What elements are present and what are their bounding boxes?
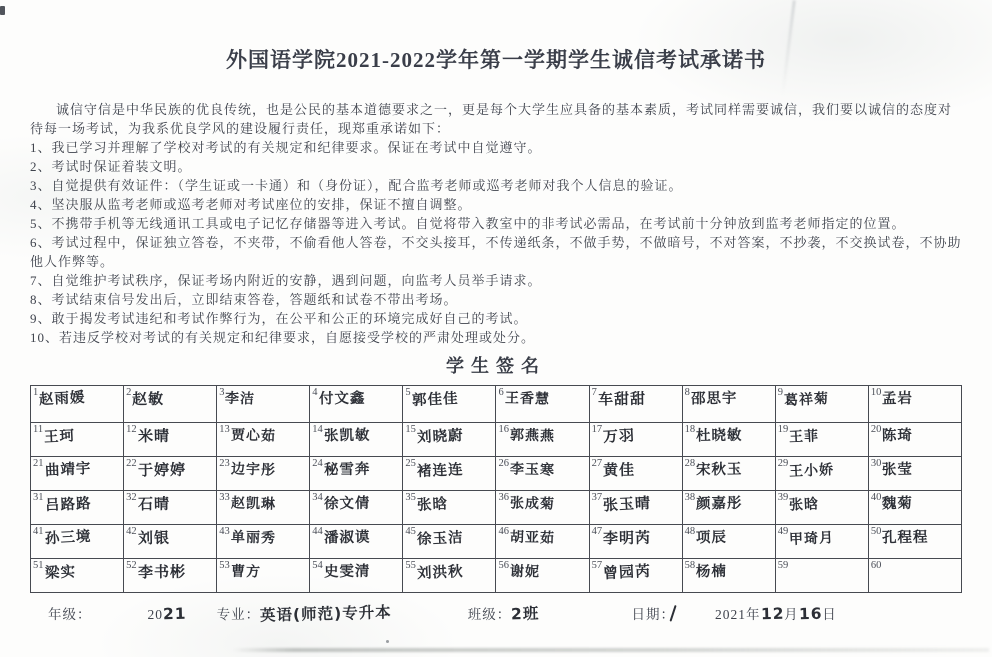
scanned-document-page: 外国语学院2021-2022学年第一学期学生诚信考试承诺书 诚信守信是中华民族的… <box>0 0 992 657</box>
signature-cell: 42刘银 <box>124 525 217 559</box>
signature-handwriting: 秘雪奔 <box>324 463 371 479</box>
signature-cell: 46胡亚茹 <box>496 525 589 559</box>
signature-handwriting: 黄佳 <box>603 463 635 479</box>
cell-number: 20 <box>871 424 882 435</box>
signature-cell: 39张晗 <box>775 491 868 525</box>
cell-number: 48 <box>685 526 696 537</box>
signature-handwriting: 杜晓敏 <box>696 429 743 445</box>
signature-cell: 24秘雪奔 <box>310 457 403 491</box>
grade-printed: 20 <box>148 607 164 622</box>
rule-line: 2、考试时保证着装文明。 <box>30 157 962 176</box>
signature-handwriting: 胡亚茹 <box>510 530 555 546</box>
signature-handwriting: 张玉晴 <box>603 496 652 514</box>
class-label: 班级： <box>468 607 512 622</box>
date-month-label: 月 <box>784 607 799 622</box>
signature-cell: 17万羽 <box>589 423 682 457</box>
signature-table-row: 1赵雨媛2赵敏3李洁4付文鑫5郭佳佳6王香慧7车甜甜8邵思宇9葛祥菊10孟岩 <box>31 386 962 423</box>
signature-table-row: 21曲靖宇22于婷婷23边宇彤24秘雪奔25褚连连26李玉寒27黄佳28宋秋玉2… <box>31 457 962 491</box>
signature-handwriting: 贾心茹 <box>230 428 275 444</box>
signature-handwriting: 褚连连 <box>417 463 464 480</box>
signature-handwriting: 赵雨媛 <box>39 391 86 409</box>
cell-number: 43 <box>219 526 230 537</box>
rule-line: 5、不携带手机等无线通讯工具或电子记忆存储器等进入考试。自觉将带入教室中的非考试… <box>30 214 962 233</box>
cell-number: 47 <box>592 526 603 537</box>
cell-number: 27 <box>592 458 603 469</box>
signature-cell: 5郭佳佳 <box>403 386 496 423</box>
cell-number: 59 <box>778 560 789 571</box>
grade-handwriting: 21 <box>163 605 187 624</box>
signature-handwriting: 李洁 <box>225 392 255 408</box>
cell-number: 33 <box>219 492 230 503</box>
signature-handwriting: 石晴 <box>137 497 169 513</box>
signature-cell: 18杜晓敏 <box>682 423 775 457</box>
signature-cell: 53曹方 <box>217 559 310 593</box>
rule-line: 1、我已学习并理解了学校对考试的有关规定和纪律要求。保证在考试中自觉遵守。 <box>30 138 962 157</box>
signature-handwriting: 潘淑谟 <box>324 531 371 547</box>
cell-number: 46 <box>498 526 509 537</box>
major-handwriting: 英语(师范)专升本 <box>260 600 392 625</box>
cell-number: 22 <box>126 458 137 469</box>
signature-handwriting: 郭燕燕 <box>510 428 555 444</box>
signature-handwriting: 孔程程 <box>882 531 929 547</box>
cell-number: 1 <box>33 387 38 398</box>
cell-number: 54 <box>312 560 323 571</box>
signature-cell: 51梁实 <box>31 559 124 593</box>
cell-number: 56 <box>498 560 509 571</box>
scan-streak-artifact <box>232 648 989 652</box>
signature-cell: 54史雯清 <box>310 559 403 593</box>
signature-cell: 36张成菊 <box>496 491 589 525</box>
cell-number: 14 <box>312 424 323 435</box>
signature-cell: 34徐文倩 <box>310 491 403 525</box>
signature-handwriting: 李明芮 <box>603 531 651 548</box>
date-label: 日期： <box>632 607 676 622</box>
date-field: 日期：2021年12月16日 <box>632 602 837 623</box>
cell-number: 42 <box>126 526 137 537</box>
signature-cell: 60 <box>868 559 961 593</box>
signature-table-body: 1赵雨媛2赵敏3李洁4付文鑫5郭佳佳6王香慧7车甜甜8邵思宇9葛祥菊10孟岩11… <box>31 386 962 593</box>
grade-label: 年级： <box>48 603 92 623</box>
signature-handwriting: 刘银 <box>137 531 169 547</box>
signature-cell: 6王香慧 <box>496 386 589 423</box>
cell-number: 38 <box>685 492 696 503</box>
signature-cell: 38颜嘉彤 <box>682 491 775 525</box>
cell-number: 58 <box>685 560 696 571</box>
cell-number: 57 <box>592 560 603 571</box>
cell-number: 6 <box>498 387 503 398</box>
cell-number: 24 <box>312 458 323 469</box>
signature-cell: 22于婷婷 <box>124 457 217 491</box>
cell-number: 52 <box>126 560 137 571</box>
signature-cell: 32石晴 <box>124 491 217 525</box>
signature-cell: 48项辰 <box>682 525 775 559</box>
signature-handwriting: 万羽 <box>603 428 636 445</box>
signature-handwriting: 李玉寒 <box>510 462 555 478</box>
cell-number: 39 <box>778 492 789 503</box>
class-field: 班级：2班 <box>468 602 540 624</box>
grade-value: 2021 <box>148 605 187 623</box>
signature-cell: 45徐玉洁 <box>403 525 496 559</box>
signature-table: 1赵雨媛2赵敏3李洁4付文鑫5郭佳佳6王香慧7车甜甜8邵思宇9葛祥菊10孟岩11… <box>30 385 962 593</box>
cell-number: 19 <box>778 424 789 435</box>
cell-number: 44 <box>312 526 323 537</box>
cell-number: 55 <box>405 560 416 571</box>
signature-handwriting: 张成菊 <box>510 496 555 512</box>
signature-cell: 25褚连连 <box>403 457 496 491</box>
date-month-handwriting: 12 <box>760 605 784 624</box>
cell-number: 10 <box>871 387 882 398</box>
signature-handwriting: 曾园芮 <box>603 564 652 582</box>
cell-number: 28 <box>685 458 696 469</box>
signature-cell: 31吕路路 <box>31 491 124 525</box>
cell-number: 9 <box>778 387 783 398</box>
cell-number: 26 <box>498 458 509 469</box>
signature-cell: 43单丽秀 <box>217 525 310 559</box>
signature-handwriting: 车甜甜 <box>598 392 646 409</box>
signature-handwriting: 张晗 <box>417 497 449 514</box>
cell-number: 40 <box>871 492 882 503</box>
cell-number: 12 <box>126 424 137 435</box>
signature-table-heading: 学生签名 <box>0 352 992 378</box>
signature-handwriting: 陈琦 <box>882 429 913 445</box>
footer-fields: 年级： 2021 专业：英语(师范)专升本 班级：2班 日期：2021年12月1… <box>48 602 992 624</box>
signature-handwriting: 王小娇 <box>789 463 835 480</box>
signature-table-row: 31吕路路32石晴33赵凯琳34徐文倩35张晗36张成菊37张玉晴38颜嘉彤39… <box>31 491 962 525</box>
rule-line: 8、考试结束信号发出后，立即结束答卷，答题纸和试卷不带出考场。 <box>30 290 962 309</box>
signature-cell: 44潘淑谟 <box>310 525 403 559</box>
cell-number: 23 <box>219 458 230 469</box>
rule-line: 6、考试过程中，保证独立答卷，不夹带，不偷看他人答卷，不交头接耳，不传递纸条，不… <box>30 233 962 271</box>
signature-cell: 55刘洪秋 <box>403 559 496 593</box>
signature-handwriting: 刘洪秋 <box>417 565 464 582</box>
signature-handwriting: 张莹 <box>882 463 913 479</box>
signature-handwriting: 单丽秀 <box>230 530 275 546</box>
cell-number: 21 <box>33 458 44 469</box>
cell-number: 25 <box>405 458 416 469</box>
signature-cell: 50孔程程 <box>868 525 961 559</box>
signature-cell: 29王小娇 <box>775 457 868 491</box>
rule-line: 10、若违反学校对考试的有关规定和纪律要求，自愿接受学校的严肃处理或处分。 <box>30 328 962 347</box>
signature-handwriting: 郭佳佳 <box>411 392 458 409</box>
cell-number: 17 <box>592 424 603 435</box>
signature-cell: 8邵思宇 <box>682 386 775 423</box>
date-year: 2021年 <box>715 607 761 622</box>
signature-handwriting: 甲琦月 <box>789 531 835 548</box>
signature-cell: 41孙三境 <box>31 525 124 559</box>
cell-number: 13 <box>219 424 230 435</box>
signature-cell: 16郭燕燕 <box>496 423 589 457</box>
cell-number: 5 <box>405 387 410 398</box>
cell-number: 30 <box>871 458 882 469</box>
signature-cell: 40魏菊 <box>868 491 961 525</box>
cell-number: 15 <box>405 424 416 435</box>
signature-handwriting: 谢妮 <box>510 565 540 581</box>
signature-cell: 3李洁 <box>217 386 310 423</box>
signature-handwriting: 赵凯琳 <box>230 496 275 512</box>
signature-cell: 58杨楠 <box>682 559 775 593</box>
signature-handwriting: 葛祥菊 <box>784 392 830 409</box>
signature-cell: 20陈琦 <box>868 423 961 457</box>
cell-number: 7 <box>592 387 597 398</box>
scan-speck <box>0 6 5 15</box>
rule-line: 3、自觉提供有效证件：（学生证或一卡通）和（身份证），配合监考老师或巡考老师对我… <box>30 176 962 195</box>
signature-handwriting: 曹方 <box>230 565 260 581</box>
signature-handwriting: 王菲 <box>789 429 820 445</box>
signature-cell: 1赵雨媛 <box>31 386 124 423</box>
cell-number: 18 <box>685 424 696 435</box>
signature-handwriting: 魏菊 <box>882 497 913 513</box>
signature-handwriting: 宋秋玉 <box>696 463 743 479</box>
cell-number: 4 <box>312 387 317 398</box>
signature-handwriting: 刘晓蔚 <box>417 429 464 446</box>
signature-cell: 49甲琦月 <box>775 525 868 559</box>
cell-number: 60 <box>871 560 882 571</box>
cell-number: 32 <box>126 492 137 503</box>
major-field: 专业：英语(师范)专升本 <box>217 602 392 624</box>
signature-cell: 23边宇彤 <box>217 457 310 491</box>
cell-number: 35 <box>405 492 416 503</box>
signature-cell: 15刘晓蔚 <box>403 423 496 457</box>
signature-cell: 9葛祥菊 <box>775 386 868 423</box>
signature-handwriting: 付文鑫 <box>318 392 365 408</box>
cell-number: 49 <box>778 526 789 537</box>
signature-cell: 57曾园芮 <box>589 559 682 593</box>
cell-number: 50 <box>871 526 882 537</box>
signature-handwriting: 赵敏 <box>132 392 164 408</box>
signature-handwriting: 王香慧 <box>505 391 550 407</box>
rule-line: 7、自觉维护考试秩序，保证考场内附近的安静，遇到问题，向监考人员举手请求。 <box>30 271 962 290</box>
scan-dot-artifact <box>386 640 389 643</box>
cell-number: 2 <box>126 387 131 398</box>
cell-number: 51 <box>33 560 44 571</box>
signature-handwriting: 吕路路 <box>44 497 91 514</box>
cell-number: 36 <box>498 492 509 503</box>
signature-cell: 7车甜甜 <box>589 386 682 423</box>
cell-number: 45 <box>405 526 416 537</box>
signature-cell: 21曲靖宇 <box>31 457 124 491</box>
signature-cell: 35张晗 <box>403 491 496 525</box>
signature-handwriting: 孙三境 <box>44 530 91 548</box>
class-handwriting: 2班 <box>511 602 540 625</box>
signature-cell: 47李明芮 <box>589 525 682 559</box>
signature-cell: 10孟岩 <box>868 386 961 423</box>
signature-handwriting: 颜嘉彤 <box>696 497 743 513</box>
signature-handwriting: 孟岩 <box>882 392 913 408</box>
cell-number: 34 <box>312 492 323 503</box>
signature-handwriting: 于婷婷 <box>137 463 185 480</box>
signature-cell: 2赵敏 <box>124 386 217 423</box>
signature-handwriting: 邵思宇 <box>691 392 738 408</box>
signature-cell: 27黄佳 <box>589 457 682 491</box>
signature-cell: 13贾心茹 <box>217 423 310 457</box>
document-title: 外国语学院2021-2022学年第一学期学生诚信考试承诺书 <box>0 0 992 74</box>
cell-number: 53 <box>219 560 230 571</box>
signature-cell: 11王珂 <box>31 423 124 457</box>
cell-number: 11 <box>33 424 43 435</box>
signature-handwriting: 李书彬 <box>137 565 185 582</box>
signature-cell: 30张莹 <box>868 457 961 491</box>
cell-number: 37 <box>592 492 603 503</box>
cell-number: 41 <box>33 526 44 537</box>
signature-cell: 56谢妮 <box>496 559 589 593</box>
signature-cell: 14张凯敏 <box>310 423 403 457</box>
rules-list: 1、我已学习并理解了学校对考试的有关规定和纪律要求。保证在考试中自觉遵守。2、考… <box>30 138 962 347</box>
signature-cell: 52李书彬 <box>124 559 217 593</box>
signature-cell: 12米晴 <box>124 423 217 457</box>
signature-handwriting: 杨楠 <box>696 565 727 581</box>
commitment-text-block: 诚信守信是中华民族的优良传统，也是公民的基本道德要求之一，更是每个大学生应具备的… <box>30 100 962 347</box>
major-label: 专业： <box>217 607 261 622</box>
cell-number: 16 <box>498 424 509 435</box>
signature-cell: 37张玉晴 <box>589 491 682 525</box>
signature-cell: 4付文鑫 <box>310 386 403 423</box>
cell-number: 31 <box>33 492 44 503</box>
signature-table-row: 41孙三境42刘银43单丽秀44潘淑谟45徐玉洁46胡亚茹47李明芮48项辰49… <box>31 525 962 559</box>
date-day-label: 日 <box>822 607 837 622</box>
signature-handwriting: 梁实 <box>44 565 76 582</box>
signature-handwriting: 米晴 <box>137 429 169 445</box>
signature-handwriting: 项辰 <box>696 531 727 547</box>
signature-handwriting: 史雯清 <box>324 565 371 581</box>
intro-paragraph: 诚信守信是中华民族的优良传统，也是公民的基本道德要求之一，更是每个大学生应具备的… <box>30 100 962 138</box>
rule-line: 9、敢于揭发考试违纪和考试作弊行为，在公平和公正的环境完成好自己的考试。 <box>30 309 962 328</box>
signature-cell: 26李玉寒 <box>496 457 589 491</box>
signature-handwriting: 张晗 <box>789 497 820 513</box>
signature-table-row: 11王珂12米晴13贾心茹14张凯敏15刘晓蔚16郭燕燕17万羽18杜晓敏19王… <box>31 423 962 457</box>
signature-cell: 59 <box>775 559 868 593</box>
signature-handwriting: 徐文倩 <box>324 497 371 513</box>
cell-number: 8 <box>685 387 690 398</box>
signature-handwriting: 张凯敏 <box>324 429 371 445</box>
cell-number: 29 <box>778 458 789 469</box>
signature-handwriting: 徐玉洁 <box>417 531 464 548</box>
signature-table-row: 51梁实52李书彬53曹方54史雯清55刘洪秋56谢妮57曾园芮58杨楠5960 <box>31 559 962 593</box>
cell-number: 3 <box>219 387 224 398</box>
signature-cell: 33赵凯琳 <box>217 491 310 525</box>
rule-line: 4、坚决服从监考老师或巡考老师对考试座位的安排，保证不擅自调整。 <box>30 195 962 214</box>
signature-cell: 19王菲 <box>775 423 868 457</box>
date-day-handwriting: 16 <box>798 605 822 624</box>
signature-handwriting: 边宇彤 <box>230 462 275 478</box>
signature-handwriting: 王珂 <box>44 429 76 446</box>
signature-handwriting: 曲靖宇 <box>44 462 91 480</box>
signature-cell: 28宋秋玉 <box>682 457 775 491</box>
